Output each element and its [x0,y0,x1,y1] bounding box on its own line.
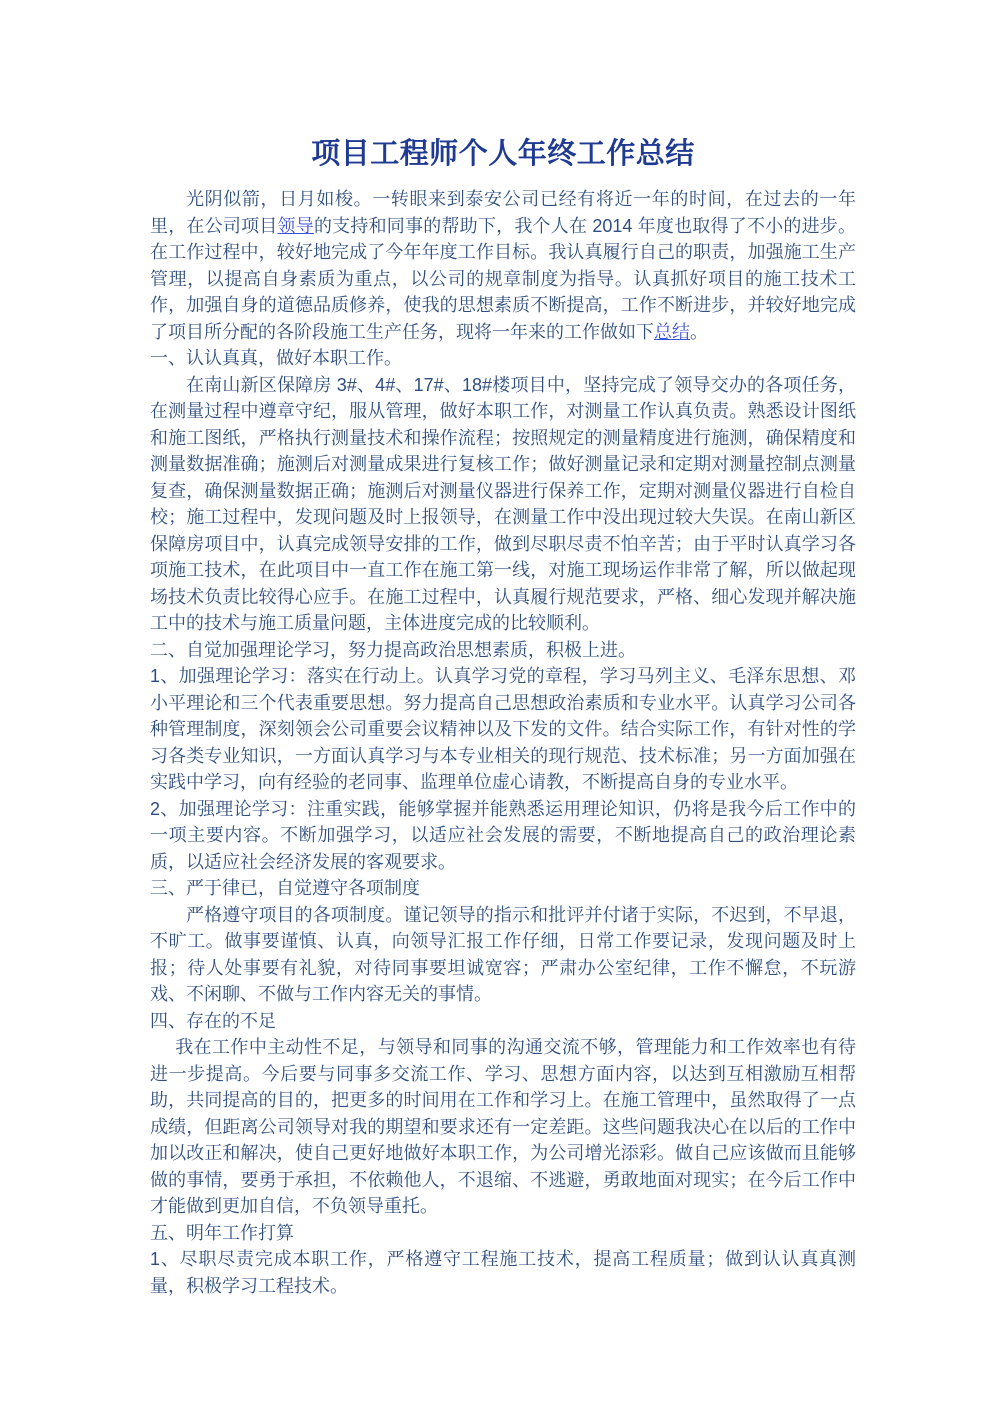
section-3-heading: 三、严于律已，自觉遵守各项制度 [150,875,856,902]
section-5-heading: 五、明年工作打算 [150,1220,856,1247]
section-2-heading: 二、自觉加强理论学习，努力提高政治思想素质，积极上进。 [150,637,856,664]
intro-text-3: 。 [690,322,708,342]
section-1-heading: 一、认认真真，做好本职工作。 [150,345,856,372]
section-4-heading: 四、存在的不足 [150,1008,856,1035]
document-title: 项目工程师个人年终工作总结 [150,136,856,172]
intro-paragraph: 光阴似箭，日月如梭。一转眼来到泰安公司已经有将近一年的时间，在过去的一年里，在公… [150,186,856,345]
section-5-item-1: 1、尽职尽责完成本职工作，严格遵守工程施工技术，提高工程质量；做到认认真真测量，… [150,1246,856,1299]
summary-link[interactable]: 总结 [654,322,690,342]
leader-link[interactable]: 领导 [278,216,314,236]
document-page: 项目工程师个人年终工作总结 光阴似箭，日月如梭。一转眼来到泰安公司已经有将近一年… [0,0,1000,1415]
section-4-paragraph: 我在工作中主动性不足，与领导和同事的沟通交流不够，管理能力和工作效率也有待进一步… [150,1034,856,1220]
section-2-item-1: 1、加强理论学习：落实在行动上。认真学习党的章程，学习马列主义、毛泽东思想、邓小… [150,663,856,796]
section-2-item-2: 2、加强理论学习：注重实践，能够掌握并能熟悉运用理论知识，仍将是我今后工作中的一… [150,796,856,876]
section-3-paragraph: 严格遵守项目的各项制度。谨记领导的指示和批评并付诸于实际，不迟到，不早退，不旷工… [150,902,856,1008]
section-1-paragraph: 在南山新区保障房 3#、4#、17#、18#楼项目中，坚持完成了领导交办的各项任… [150,372,856,637]
document-content: 项目工程师个人年终工作总结 光阴似箭，日月如梭。一转眼来到泰安公司已经有将近一年… [150,136,856,1299]
